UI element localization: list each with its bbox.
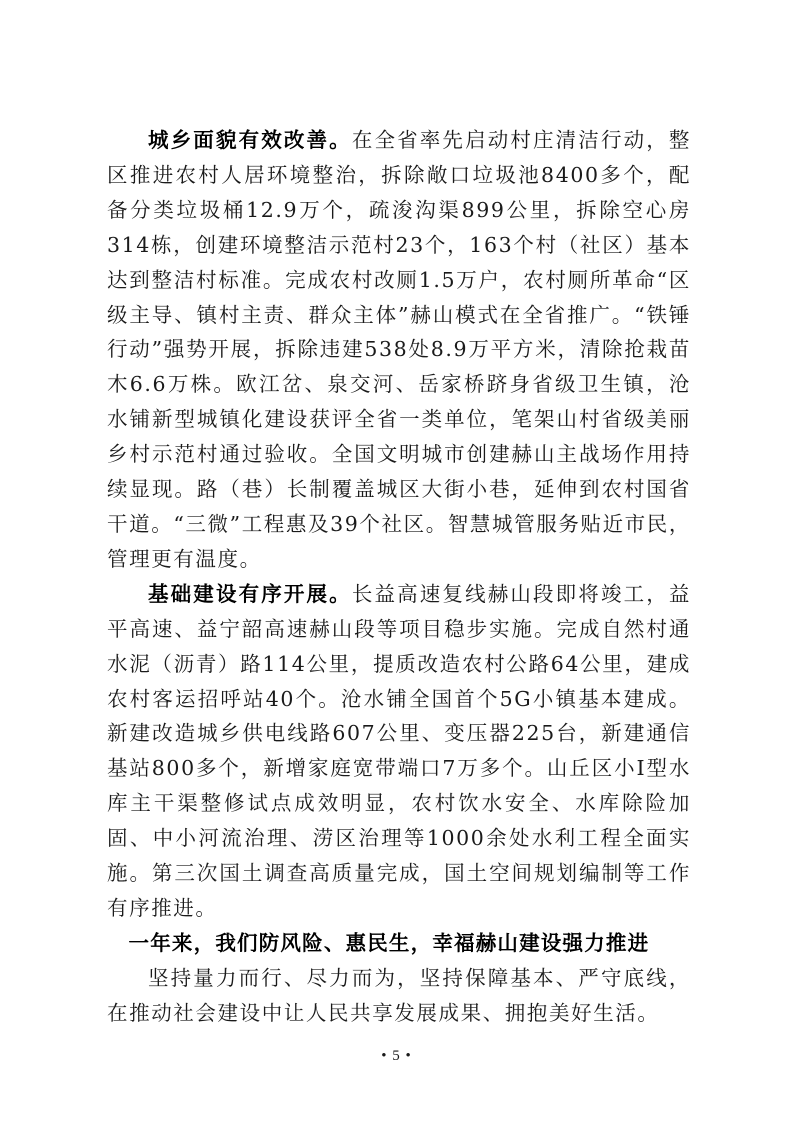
paragraph-infrastructure: 基础建设有序开展。长益高速复线赫山段即将竣工，益平高速、益宁韶高速赫山段等项目稳… bbox=[107, 577, 691, 926]
paragraph-closing: 坚持量力而行、尽力而为，坚持保障基本、严守底线，在推动社会建设中让人民共享发展成… bbox=[107, 961, 691, 1031]
paragraph-text-urban-rural: 在全省率先启动村庄清洁行动，整区推进农村人居环境整治，拆除敞口垃圾池8400多个… bbox=[107, 128, 691, 571]
paragraph-text-infrastructure: 长益高速复线赫山段即将竣工，益平高速、益宁韶高速赫山段等项目稳步实施。完成自然村… bbox=[107, 582, 691, 920]
page-number: • 5 • bbox=[0, 1048, 793, 1065]
paragraph-lead-infrastructure: 基础建设有序开展。 bbox=[148, 582, 352, 606]
section-heading: 一年来，我们防风险、惠民生，幸福赫山建设强力推进 bbox=[107, 926, 691, 961]
paragraph-lead-urban-rural: 城乡面貌有效改善。 bbox=[148, 128, 352, 152]
paragraph-urban-rural: 城乡面貌有效改善。在全省率先启动村庄清洁行动，整区推进农村人居环境整治，拆除敞口… bbox=[107, 123, 691, 577]
document-body: 城乡面貌有效改善。在全省率先启动村庄清洁行动，整区推进农村人居环境整治，拆除敞口… bbox=[107, 123, 691, 1031]
